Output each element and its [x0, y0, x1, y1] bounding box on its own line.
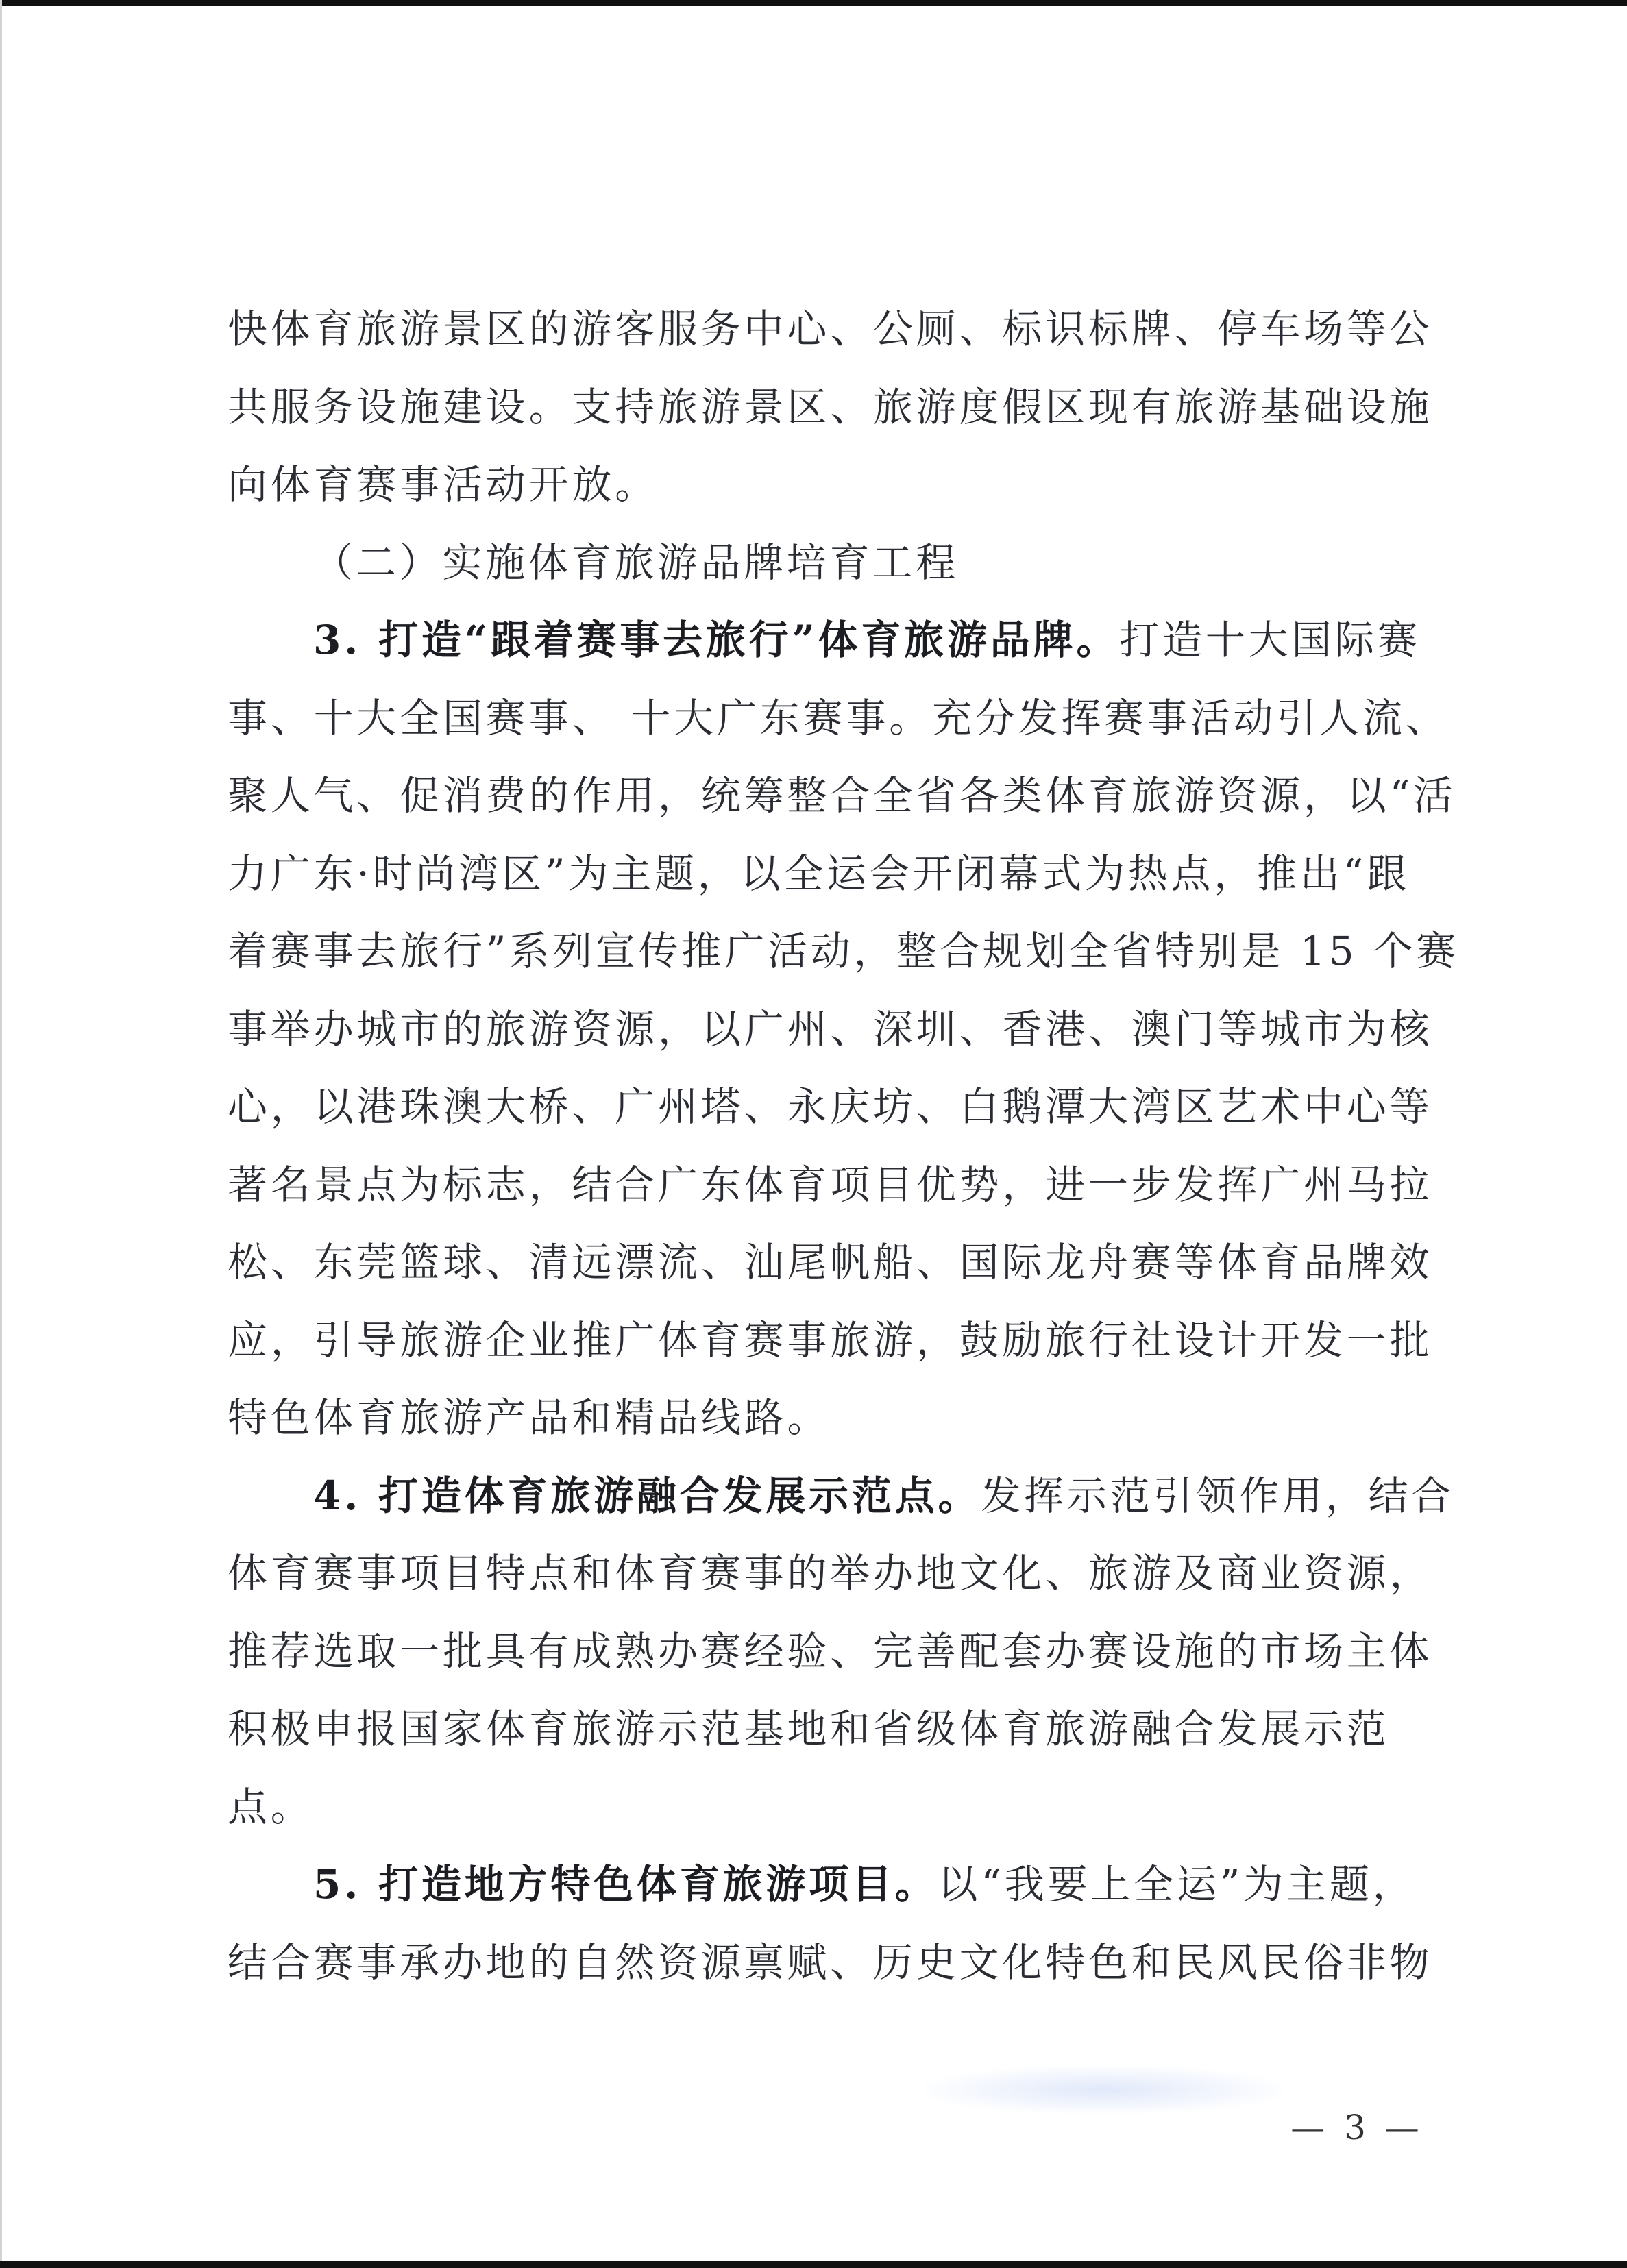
item-5-first-line: 5. 打造地方特色体育旅游项目。以“我要上全运”为主题，: [228, 1846, 1435, 1924]
item-5-text: 以“我要上全运”为主题，: [938, 1861, 1416, 1908]
body-line: 心，以港珠澳大桥、广州塔、永庆坊、白鹅潭大湾区艺术中心等: [228, 1068, 1435, 1146]
item-5-title: 5. 打造地方特色体育旅游项目。: [313, 1861, 938, 1908]
scan-edge-bottom: [0, 2261, 1627, 2268]
item-4-text: 发挥示范引领作用，结合: [981, 1472, 1454, 1519]
body-line: 事举办城市的旅游资源，以广州、深圳、香港、澳门等城市为核: [228, 991, 1435, 1069]
scan-edge-top: [0, 0, 1627, 6]
item-3-first-line: 3. 打造“跟着赛事去旅行”体育旅游品牌。打造十大国际赛: [228, 602, 1435, 680]
body-line: 聚人气、促消费的作用，统筹整合全省各类体育旅游资源，以“活: [228, 757, 1435, 835]
body-line: 应，引导旅游企业推广体育赛事旅游，鼓励旅行社设计开发一批: [228, 1302, 1435, 1380]
scan-edge-left: [0, 0, 2, 2268]
body-line: 着赛事去旅行”系列宣传推广活动，整合规划全省特别是 15 个赛: [228, 913, 1435, 991]
body-line: 共服务设施建设。支持旅游景区、旅游度假区现有旅游基础设施: [228, 369, 1435, 447]
item-4-title: 4. 打造体育旅游融合发展示范点。: [313, 1472, 981, 1519]
body-line: 松、东莞篮球、清远漂流、汕尾帆船、国际龙舟赛等体育品牌效: [228, 1224, 1435, 1302]
body-line: 向体育赛事活动开放。: [228, 446, 1435, 524]
body-line: 力广东·时尚湾区”为主题，以全运会开闭幕式为热点，推出“跟: [228, 835, 1435, 913]
body-line: 特色体育旅游产品和精品线路。: [228, 1379, 1435, 1457]
body-line: 推荐选取一批具有成熟办赛经验、完善配套办赛设施的市场主体: [228, 1613, 1435, 1691]
section-heading: （二）实施体育旅游品牌培育工程: [228, 524, 1435, 602]
body-line: 结合赛事承办地的自然资源禀赋、历史文化特色和民风民俗非物: [228, 1924, 1435, 2002]
item-3-text: 打造十大国际赛: [1119, 617, 1421, 663]
body-line: 点。: [228, 1768, 1435, 1847]
body-line: 体育赛事项目特点和体育赛事的举办地文化、旅游及商业资源，: [228, 1535, 1435, 1613]
body-line: 快体育旅游景区的游客服务中心、公厕、标识标牌、停车场等公: [228, 291, 1435, 369]
body-line: 著名景点为标志，结合广东体育项目优势，进一步发挥广州马拉: [228, 1146, 1435, 1224]
document-body: 快体育旅游景区的游客服务中心、公厕、标识标牌、停车场等公 共服务设施建设。支持旅…: [228, 291, 1435, 2001]
body-line: 事、十大全国赛事、 十大广东赛事。充分发挥赛事活动引人流、: [228, 680, 1435, 758]
body-line: 积极申报国家体育旅游示范基地和省级体育旅游融合发展示范: [228, 1690, 1435, 1768]
item-3-title: 3. 打造“跟着赛事去旅行”体育旅游品牌。: [313, 617, 1119, 663]
scan-smudge: [925, 2066, 1282, 2114]
item-4-first-line: 4. 打造体育旅游融合发展示范点。发挥示范引领作用，结合: [228, 1457, 1435, 1536]
page-number: — 3 —: [1288, 2107, 1426, 2148]
